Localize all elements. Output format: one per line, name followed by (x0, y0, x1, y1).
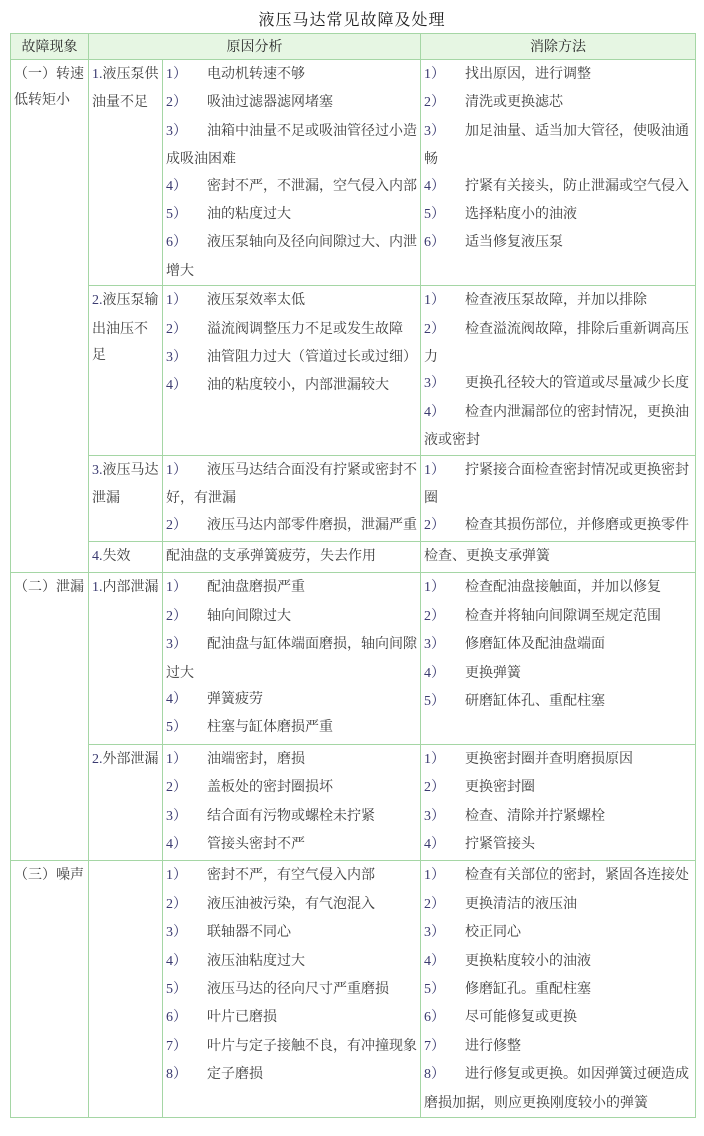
cause-item: 1）液压马达结合面没有拧紧或密封不好，有泄漏 (166, 456, 418, 511)
item-number: 1） (424, 863, 465, 889)
table-row: （一）转速低转矩小1.液压泵供油量不足1）电动机转速不够2）吸油过滤器滤网堵塞3… (11, 60, 696, 286)
remedy-item: 3）更换孔径较大的管道或尽量减少长度 (424, 369, 693, 397)
remedy-item: 1）找出原因，进行调整 (424, 60, 693, 88)
remedy-item: 1）拧紧接合面检查密封情况或更换密封圈 (424, 456, 693, 511)
item-number: 2） (166, 317, 207, 343)
item-number: 3） (424, 804, 465, 830)
subtype-number: 2. (92, 293, 103, 308)
remedy-item: 3）加足油量、适当加大管径，使吸油通畅 (424, 117, 693, 172)
header-remedy: 消除方法 (421, 34, 696, 60)
item-number: 5） (166, 715, 207, 741)
remedy-item: 检查、更换支承弹簧 (424, 542, 693, 568)
cause-item: 4）管接头密封不严 (166, 830, 418, 858)
item-number: 1） (166, 62, 207, 88)
remedy-item: 5）修磨缸孔。重配柱塞 (424, 975, 693, 1003)
phenomenon-cell: （一）转速低转矩小 (11, 60, 89, 573)
item-number: 5） (166, 977, 207, 1003)
item-number: 2） (166, 892, 207, 918)
item-number: 3） (424, 920, 465, 946)
cause-item: 2）溢流阀调整压力不足或发生故障 (166, 315, 418, 343)
cause-item: 1）液压泵效率太低 (166, 286, 418, 314)
item-number: 8） (424, 1062, 465, 1088)
cause-item: 8）定子磨损 (166, 1060, 418, 1088)
header-cause: 原因分析 (89, 34, 421, 60)
cause-item: 4）密封不严，不泄漏，空气侵入内部 (166, 172, 418, 200)
subtype-number: 1. (92, 67, 103, 82)
item-number: 4） (424, 661, 465, 687)
item-number: 1） (166, 575, 207, 601)
item-number: 1） (424, 747, 465, 773)
remedy-item: 1）更换密封圈并查明磨损原因 (424, 745, 693, 773)
subtype-cell: 2.外部泄漏 (89, 744, 163, 861)
cause-item: 4）液压油粘度过大 (166, 947, 418, 975)
remedy-item: 2）清洗或更换滤芯 (424, 88, 693, 116)
cause-item: 4）弹簧疲劳 (166, 685, 418, 713)
remedy-item: 5）研磨缸体孔、重配柱塞 (424, 687, 693, 715)
cause-item: 3）结合面有污物或螺栓未拧紧 (166, 802, 418, 830)
item-number: 4） (424, 400, 465, 426)
cause-item: 7）叶片与定子接触不良，有冲撞现象 (166, 1032, 418, 1060)
item-number: 6） (424, 230, 465, 256)
subtype-cell: 3.液压马达泄漏 (89, 455, 163, 541)
item-number: 2） (424, 90, 465, 116)
item-number: 5） (424, 689, 465, 715)
item-number: 5） (424, 202, 465, 228)
item-number: 2） (424, 892, 465, 918)
item-number: 3） (166, 804, 207, 830)
cause-item: 5）油的粘度过大 (166, 200, 418, 228)
remedy-item: 2）检查并将轴向间隙调至规定范围 (424, 602, 693, 630)
cause-item: 2）盖板处的密封圈损坏 (166, 773, 418, 801)
item-number: 2） (424, 513, 465, 539)
cause-list-cell: 1）密封不严，有空气侵入内部2）液压油被污染，有气泡混入3）联轴器不同心4）液压… (163, 861, 421, 1118)
item-number: 8） (166, 1062, 207, 1088)
remedy-item: 1）检查有关部位的密封，紧固各连接处 (424, 861, 693, 889)
subtype-cell (89, 861, 163, 1118)
item-number: 2） (424, 775, 465, 801)
cause-item: 3）油管阻力过大（管道过长或过细） (166, 343, 418, 371)
item-number: 2） (166, 604, 207, 630)
item-number: 1） (424, 62, 465, 88)
cause-list-cell: 1）电动机转速不够2）吸油过滤器滤网堵塞3）油箱中油量不足或吸油管径过小造成吸油… (163, 60, 421, 286)
cause-item: 2）吸油过滤器滤网堵塞 (166, 88, 418, 116)
remedy-item: 6）适当修复液压泵 (424, 228, 693, 256)
item-number: 1） (166, 863, 207, 889)
remedy-list-cell: 1）检查配油盘接触面，并加以修复2）检查并将轴向间隙调至规定范围3）修磨缸体及配… (421, 573, 696, 744)
remedy-item: 4）更换粘度较小的油液 (424, 947, 693, 975)
subtype-cell: 4.失效 (89, 541, 163, 572)
remedy-list-cell: 检查、更换支承弹簧 (421, 541, 696, 572)
remedy-item: 2）检查其损伤部位，并修磨或更换零件 (424, 511, 693, 539)
item-number: 1） (166, 288, 207, 314)
fault-table-header: 故障现象 原因分析 消除方法 (11, 34, 696, 60)
cause-item: 1）电动机转速不够 (166, 60, 418, 88)
cause-item: 3）配油盘与缸体端面磨损，轴向间隙过大 (166, 630, 418, 685)
cause-item: 1）密封不严，有空气侵入内部 (166, 861, 418, 889)
cause-item: 2）液压油被污染，有气泡混入 (166, 890, 418, 918)
item-number: 7） (166, 1034, 207, 1060)
remedy-list-cell: 1）检查有关部位的密封，紧固各连接处2）更换清洁的液压油3）校正同心4）更换粘度… (421, 861, 696, 1118)
page-title: 液压马达常见故障及处理 (0, 0, 704, 33)
item-number: 5） (424, 977, 465, 1003)
item-number: 2） (166, 513, 207, 539)
remedy-item: 4）更换弹簧 (424, 659, 693, 687)
remedy-item: 2）检查溢流阀故障，排除后重新调高压力 (424, 315, 693, 370)
cause-item: 配油盘的支承弹簧疲劳，失去作用 (166, 542, 418, 568)
item-number: 4） (424, 949, 465, 975)
cause-item: 5）液压马达的径向尺寸严重磨损 (166, 975, 418, 1003)
table-row: （二）泄漏1.内部泄漏1）配油盘磨损严重2）轴向间隙过大3）配油盘与缸体端面磨损… (11, 573, 696, 744)
item-number: 1） (166, 747, 207, 773)
subtype-number: 2. (92, 752, 103, 767)
cause-item: 1）配油盘磨损严重 (166, 573, 418, 601)
cause-list-cell: 1）配油盘磨损严重2）轴向间隙过大3）配油盘与缸体端面磨损，轴向间隙过大4）弹簧… (163, 573, 421, 744)
item-number: 2） (424, 317, 465, 343)
remedy-item: 7）进行修整 (424, 1032, 693, 1060)
item-number: 3） (166, 345, 207, 371)
cause-item: 1）油端密封，磨损 (166, 745, 418, 773)
item-number: 7） (424, 1034, 465, 1060)
fault-table: 故障现象 原因分析 消除方法 （一）转速低转矩小1.液压泵供油量不足1）电动机转… (10, 33, 696, 1118)
item-number: 1） (424, 458, 465, 484)
item-number: 5） (166, 202, 207, 228)
item-number: 6） (166, 1005, 207, 1031)
remedy-item: 8）进行修复或更换。如因弹簧过硬造成磨损加据，则应更换刚度较小的弹簧 (424, 1060, 693, 1115)
remedy-item: 3）校正同心 (424, 918, 693, 946)
cause-item: 3）油箱中油量不足或吸油管径过小造成吸油困难 (166, 117, 418, 172)
cause-list-cell: 1）液压马达结合面没有拧紧或密封不好，有泄漏2）液压马达内部零件磨损，泄漏严重 (163, 455, 421, 541)
item-number: 3） (424, 371, 465, 397)
item-number: 1） (424, 288, 465, 314)
remedy-item: 5）选择粘度小的油液 (424, 200, 693, 228)
cause-item: 3）联轴器不同心 (166, 918, 418, 946)
cause-item: 2）液压马达内部零件磨损，泄漏严重 (166, 511, 418, 539)
phenomenon-cell: （三）噪声 (11, 861, 89, 1118)
item-number: 3） (166, 920, 207, 946)
cause-item: 6）叶片已磨损 (166, 1003, 418, 1031)
item-number: 1） (166, 458, 207, 484)
item-number: 4） (166, 832, 207, 858)
table-row: 3.液压马达泄漏1）液压马达结合面没有拧紧或密封不好，有泄漏2）液压马达内部零件… (11, 455, 696, 541)
item-number: 4） (166, 373, 207, 399)
item-number: 3） (424, 632, 465, 658)
subtype-cell: 1.液压泵供油量不足 (89, 60, 163, 286)
item-number: 6） (424, 1005, 465, 1031)
subtype-cell: 2.液压泵输出油压不足 (89, 286, 163, 455)
item-number: 2） (424, 604, 465, 630)
subtype-number: 4. (92, 549, 103, 564)
item-number: 3） (166, 632, 207, 658)
item-number: 2） (166, 775, 207, 801)
cause-item: 6）液压泵轴向及径向间隙过大、内泄增大 (166, 228, 418, 283)
remedy-item: 6）尽可能修复或更换 (424, 1003, 693, 1031)
cause-item: 5）柱塞与缸体磨损严重 (166, 713, 418, 741)
subtype-number: 1. (92, 580, 103, 595)
remedy-item: 3）修磨缸体及配油盘端面 (424, 630, 693, 658)
remedy-list-cell: 1）拧紧接合面检查密封情况或更换密封圈2）检查其损伤部位，并修磨或更换零件 (421, 455, 696, 541)
fault-table-body: （一）转速低转矩小1.液压泵供油量不足1）电动机转速不够2）吸油过滤器滤网堵塞3… (11, 60, 696, 1118)
remedy-list-cell: 1）找出原因，进行调整2）清洗或更换滤芯3）加足油量、适当加大管径，使吸油通畅4… (421, 60, 696, 286)
remedy-item: 1）检查液压泵故障，并加以排除 (424, 286, 693, 314)
cause-list-cell: 1）油端密封，磨损2）盖板处的密封圈损坏3）结合面有污物或螺栓未拧紧4）管接头密… (163, 744, 421, 861)
remedy-list-cell: 1）更换密封圈并查明磨损原因2）更换密封圈3）检查、清除并拧紧螺栓4）拧紧管接头 (421, 744, 696, 861)
item-number: 3） (424, 119, 465, 145)
phenomenon-cell: （二）泄漏 (11, 573, 89, 861)
remedy-item: 4）检查内泄漏部位的密封情况，更换油液或密封 (424, 398, 693, 453)
item-number: 6） (166, 230, 207, 256)
remedy-list-cell: 1）检查液压泵故障，并加以排除2）检查溢流阀故障，排除后重新调高压力3）更换孔径… (421, 286, 696, 455)
item-number: 4） (166, 687, 207, 713)
table-row: （三）噪声1）密封不严，有空气侵入内部2）液压油被污染，有气泡混入3）联轴器不同… (11, 861, 696, 1118)
header-row: 故障现象 原因分析 消除方法 (11, 34, 696, 60)
remedy-item: 2）更换清洁的液压油 (424, 890, 693, 918)
item-number: 4） (424, 832, 465, 858)
item-number: 4） (166, 949, 207, 975)
cause-item: 4）油的粘度较小，内部泄漏较大 (166, 371, 418, 399)
remedy-item: 2）更换密封圈 (424, 773, 693, 801)
item-number: 4） (424, 174, 465, 200)
header-phenomenon: 故障现象 (11, 34, 89, 60)
cause-item: 2）轴向间隙过大 (166, 602, 418, 630)
remedy-item: 1）检查配油盘接触面，并加以修复 (424, 573, 693, 601)
remedy-item: 4）拧紧有关接头，防止泄漏或空气侵入 (424, 172, 693, 200)
item-number: 2） (166, 90, 207, 116)
cause-list-cell: 1）液压泵效率太低2）溢流阀调整压力不足或发生故障3）油管阻力过大（管道过长或过… (163, 286, 421, 455)
item-number: 1） (424, 575, 465, 601)
subtype-number: 3. (92, 463, 103, 478)
table-row: 2.液压泵输出油压不足1）液压泵效率太低2）溢流阀调整压力不足或发生故障3）油管… (11, 286, 696, 455)
item-number: 4） (166, 174, 207, 200)
table-row: 2.外部泄漏1）油端密封，磨损2）盖板处的密封圈损坏3）结合面有污物或螺栓未拧紧… (11, 744, 696, 861)
cause-list-cell: 配油盘的支承弹簧疲劳，失去作用 (163, 541, 421, 572)
subtype-cell: 1.内部泄漏 (89, 573, 163, 744)
remedy-item: 3）检查、清除并拧紧螺栓 (424, 802, 693, 830)
item-number: 3） (166, 119, 207, 145)
remedy-item: 4）拧紧管接头 (424, 830, 693, 858)
table-row: 4.失效配油盘的支承弹簧疲劳，失去作用检查、更换支承弹簧 (11, 541, 696, 572)
